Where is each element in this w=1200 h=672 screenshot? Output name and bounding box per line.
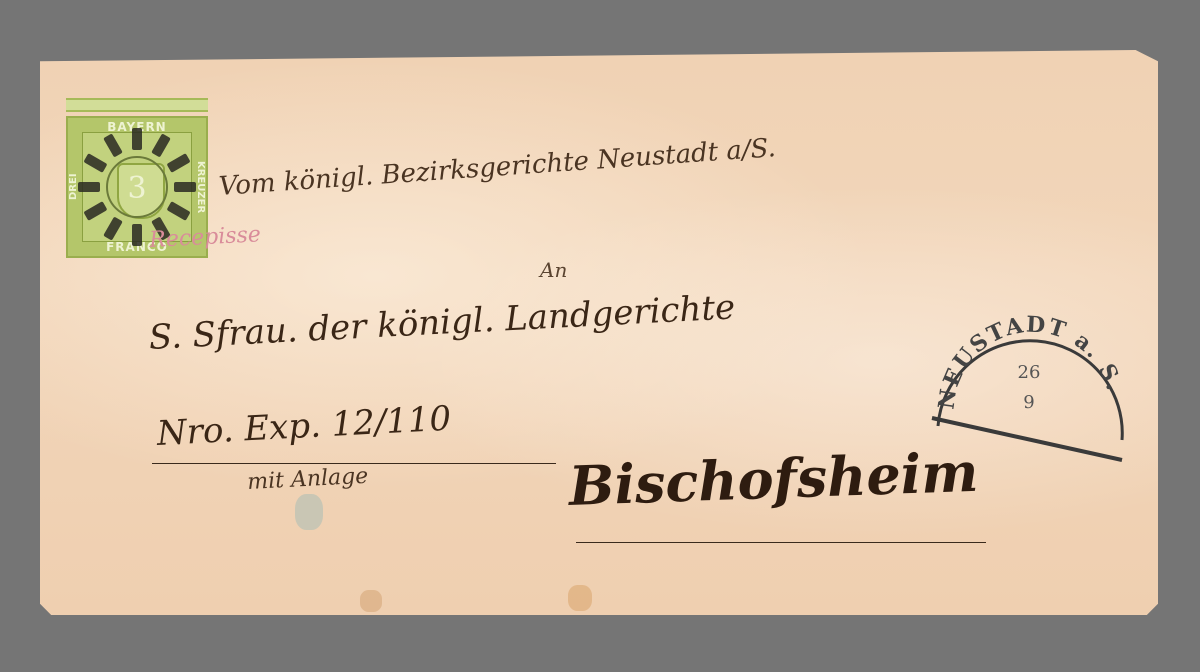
address-to: An (540, 258, 567, 282)
city-underline (576, 542, 986, 543)
svg-text:3: 3 (127, 171, 146, 206)
paper-stain (568, 585, 592, 611)
paper-stain (360, 590, 382, 612)
stamp-margin (66, 98, 208, 112)
postmark-day: 26 (926, 362, 1132, 383)
paper-stain (295, 494, 323, 530)
postmark-month: 9 (926, 392, 1132, 413)
